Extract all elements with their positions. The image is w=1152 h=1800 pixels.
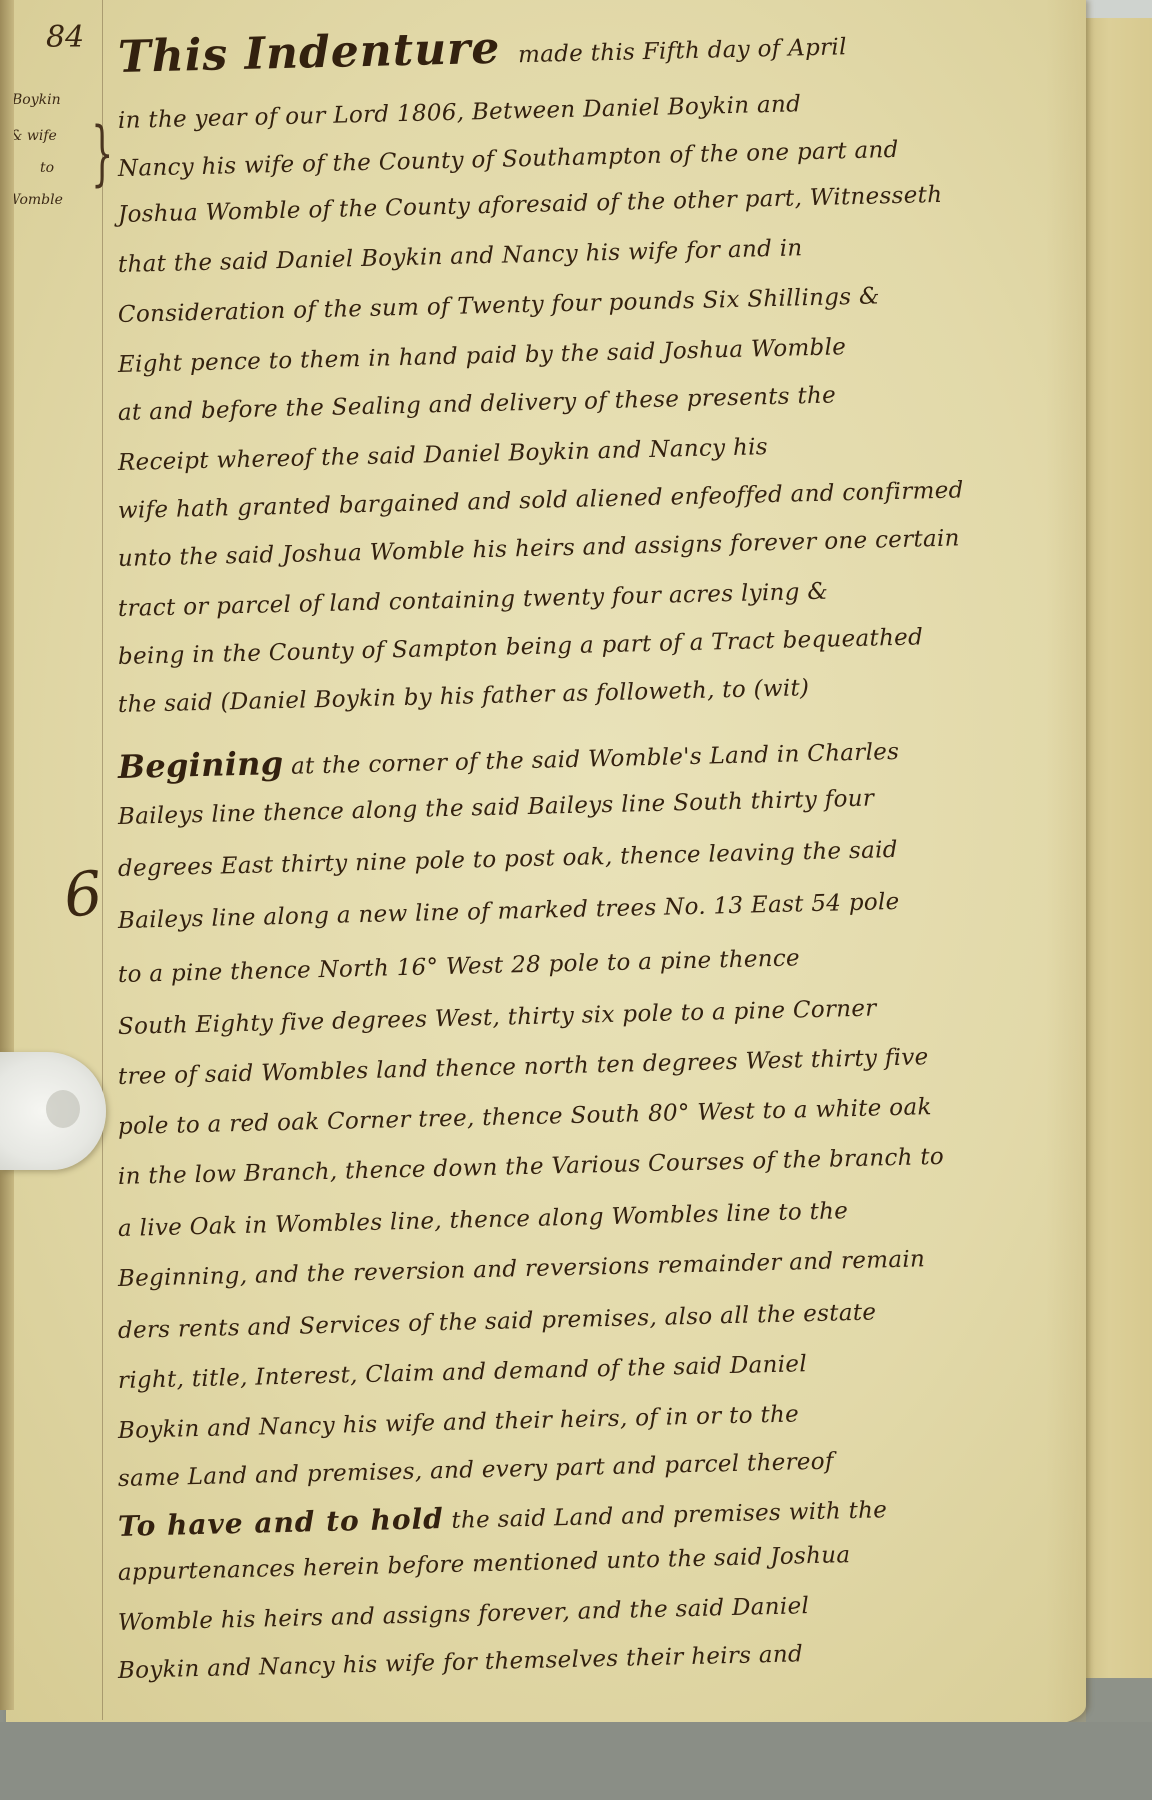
deed-line: that the said Daniel Boykin and Nancy hi… (118, 235, 803, 278)
deed-line: tree of said Wombles land thence north t… (118, 1044, 929, 1090)
deed-line: right, title, Interest, Claim and demand… (118, 1351, 808, 1394)
deed-line: Womble his heirs and assigns forever, an… (118, 1593, 810, 1636)
deed-line: a live Oak in Wombles line, thence along… (118, 1198, 849, 1242)
deed-line: tract or parcel of land containing twent… (118, 579, 829, 622)
deed-line: South Eighty five degrees West, thirty s… (118, 995, 877, 1040)
deed-line: ders rents and Services of the said prem… (118, 1299, 877, 1344)
page-number: 84 (46, 20, 84, 55)
deed-line: at and before the Sealing and delivery o… (118, 382, 837, 426)
deed-line: Baileys line along a new line of marked … (118, 889, 900, 934)
deed-title: This Indenture (117, 23, 500, 83)
deed-line: degrees East thirty nine pole to post oa… (118, 837, 898, 882)
deed-page: 84 Boykin & wife to Womble } 6 This Inde… (6, 0, 1086, 1725)
deed-line: unto the said Joshua Womble his heirs an… (118, 525, 960, 572)
facing-page-edge (1080, 18, 1152, 1678)
deed-line: the said (Daniel Boykin by his father as… (118, 675, 810, 718)
deed-line: same Land and premises, and every part a… (118, 1449, 834, 1492)
deed-line: Nancy his wife of the County of Southamp… (118, 137, 899, 182)
deed-line: being in the County of Sampton being a p… (118, 624, 924, 670)
margin-note-line: & wife (10, 128, 57, 144)
margin-note-line: to (40, 160, 54, 176)
deed-line: in the low Branch, thence down the Vario… (118, 1144, 945, 1190)
margin-note-line: Boykin (12, 92, 61, 108)
margin-mark: 6 (60, 858, 105, 932)
deed-line: Eight pence to them in hand paid by the … (118, 334, 847, 378)
deed-line: Baileys line thence along the said Baile… (118, 786, 875, 830)
brace-mark: } (91, 118, 113, 188)
deed-line: appurtenances herein before mentioned un… (118, 1542, 851, 1586)
deed-line: pole to a red oak Corner tree, thence So… (118, 1094, 932, 1140)
deed-line: Begining at the corner of the said Wombl… (118, 729, 900, 786)
deed-line: Consideration of the sum of Twenty four … (118, 283, 880, 328)
margin-note-line: Womble (6, 192, 63, 208)
book-spine-edge (0, 0, 14, 1710)
deed-line: Joshua Womble of the County aforesaid of… (118, 182, 943, 228)
deed-line: wife hath granted bargained and sold ali… (118, 477, 964, 524)
deed-line: Boykin and Nancy his wife and their heir… (118, 1401, 800, 1444)
table-surface (0, 1722, 1152, 1800)
margin-rule (102, 0, 103, 1720)
deed-line: to a pine thence North 16° West 28 pole … (118, 945, 801, 988)
deed-line: Receipt whereof the said Daniel Boykin a… (118, 434, 769, 476)
deed-line: Boykin and Nancy his wife for themselves… (118, 1641, 804, 1684)
finger-tip (46, 1090, 80, 1128)
deed-line: in the year of our Lord 1806, Between Da… (118, 91, 802, 134)
deed-line: Beginning, and the reversion and reversi… (118, 1246, 926, 1292)
deed-line: This Indenture made this Fifth day of Ap… (117, 14, 847, 83)
deed-line: To have and to hold the said Land and pr… (118, 1491, 888, 1543)
